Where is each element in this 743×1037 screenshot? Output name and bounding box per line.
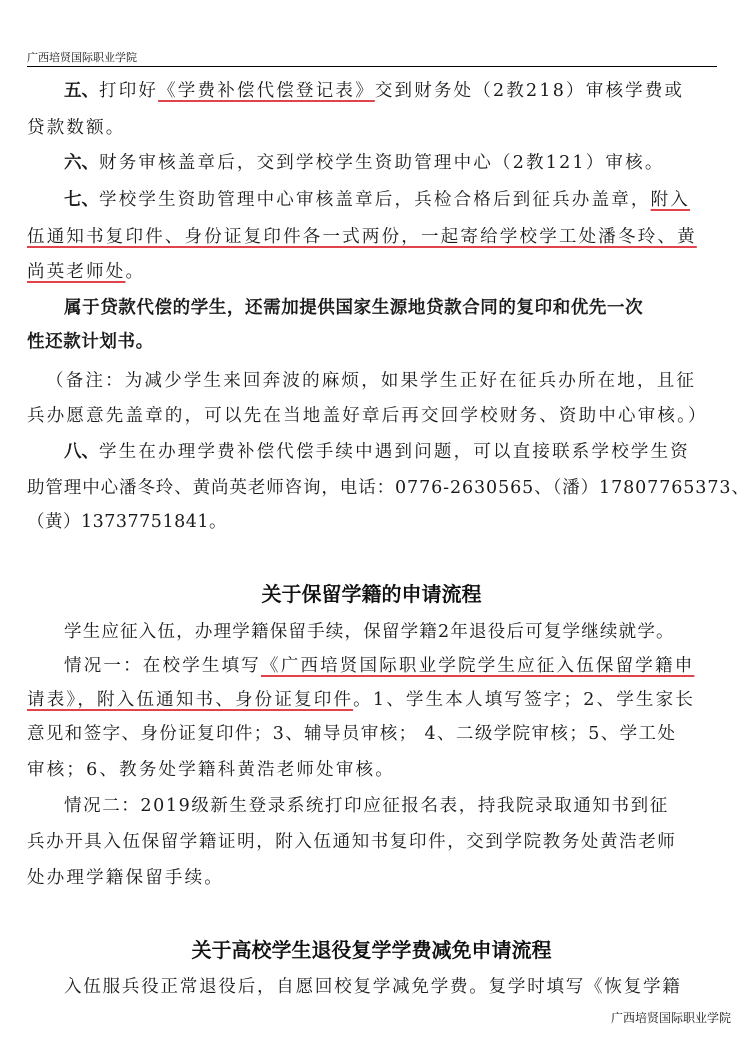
remark-line-2: 兵办愿意先盖章的，可以先在当地盖好章后再交回学校财务、资助中心审核。） bbox=[27, 405, 717, 427]
case1-line-1: 情况一：在校学生填写《广西培贤国际职业学院学生应征入伍保留学籍申 bbox=[64, 655, 717, 677]
case2-line-2: 兵办开具入伍保留学籍证明，附入伍通知书复印件，交到学院教务处黄浩老师 bbox=[27, 831, 717, 853]
header-rule bbox=[27, 66, 717, 67]
item-7-line-2: 伍通知书复印件、身份证复印件各一式两份，一起寄给学校学工处潘冬玲、黄 bbox=[27, 226, 717, 248]
retain-intro: 学生应征入伍，办理学籍保留手续，保留学籍2年退役后可复学继续就学。 bbox=[64, 621, 717, 643]
item-5-line-1: 五、打印好《学费补偿代偿登记表》交到财务处（2教218）审核学费或 bbox=[64, 80, 717, 102]
case1-line-3: 意见和签字、身份证复印件；3、辅导员审核； 4、二级学院审核；5、学工处 bbox=[27, 723, 717, 745]
item-6-line-1: 六、财务审核盖章后，交到学校学生资助管理中心（2教121）审核。 bbox=[64, 152, 717, 174]
item-7-line-3: 尚英老师处。 bbox=[27, 261, 717, 283]
page-footer: 广西培贤国际职业学院 bbox=[611, 1009, 731, 1026]
item-number: 八、 bbox=[64, 442, 99, 462]
page-header: 广西培贤国际职业学院 bbox=[27, 49, 137, 65]
section-title-retain-status: 关于保留学籍的申请流程 bbox=[0, 578, 743, 607]
item-number: 五、 bbox=[64, 81, 99, 101]
item-7-line-1: 七、学校学生资助管理中心审核盖章后，兵检合格后到征兵办盖章，附入 bbox=[64, 189, 717, 211]
loan-note-line-2: 性还款计划书。 bbox=[27, 331, 717, 353]
item-8-line-1: 八、学生在办理学费补偿代偿手续中遇到问题，可以直接联系学校学生资 bbox=[64, 441, 717, 463]
form-name-link: 《广西培贤国际职业学院学生应征入伍保留学籍申 bbox=[261, 656, 694, 676]
item-number: 七、 bbox=[64, 190, 99, 210]
remark-line-1: （备注：为减少学生来回奔波的麻烦，如果学生正好在征兵办所在地，且征 bbox=[46, 370, 736, 392]
case1-line-4: 审核；6、教务处学籍科黄浩老师处审核。 bbox=[27, 759, 717, 781]
item-8-line-2: 助管理中心潘冬玲、黄尚英老师咨询，电话：0776-2630565、（潘）1780… bbox=[27, 477, 717, 499]
section-title-fee-waiver: 关于高校学生退役复学学费减免申请流程 bbox=[0, 934, 743, 963]
case2-line-3: 处办理学籍保留手续。 bbox=[27, 867, 717, 889]
item-8-line-3: （黄）13737751841。 bbox=[27, 511, 717, 533]
loan-note-line-1: 属于贷款代偿的学生，还需加提供国家生源地贷款合同的复印和优先一次 bbox=[64, 297, 717, 319]
item-5-line-2: 贷款数额。 bbox=[27, 117, 717, 139]
case2-line-1: 情况二：2019级新生登录系统打印应征报名表，持我院录取通知书到征 bbox=[64, 795, 717, 817]
fee-waiver-line-1: 入伍服兵役正常退役后，自愿回校复学减免学费。复学时填写《恢复学籍 bbox=[64, 976, 717, 998]
form-name-link: 《学费补偿代偿登记表》 bbox=[158, 81, 375, 101]
case1-line-2: 请表》，附入伍通知书、身份证复印件。1、学生本人填写签字；2、学生家长 bbox=[27, 689, 717, 711]
item-number: 六、 bbox=[64, 153, 99, 173]
